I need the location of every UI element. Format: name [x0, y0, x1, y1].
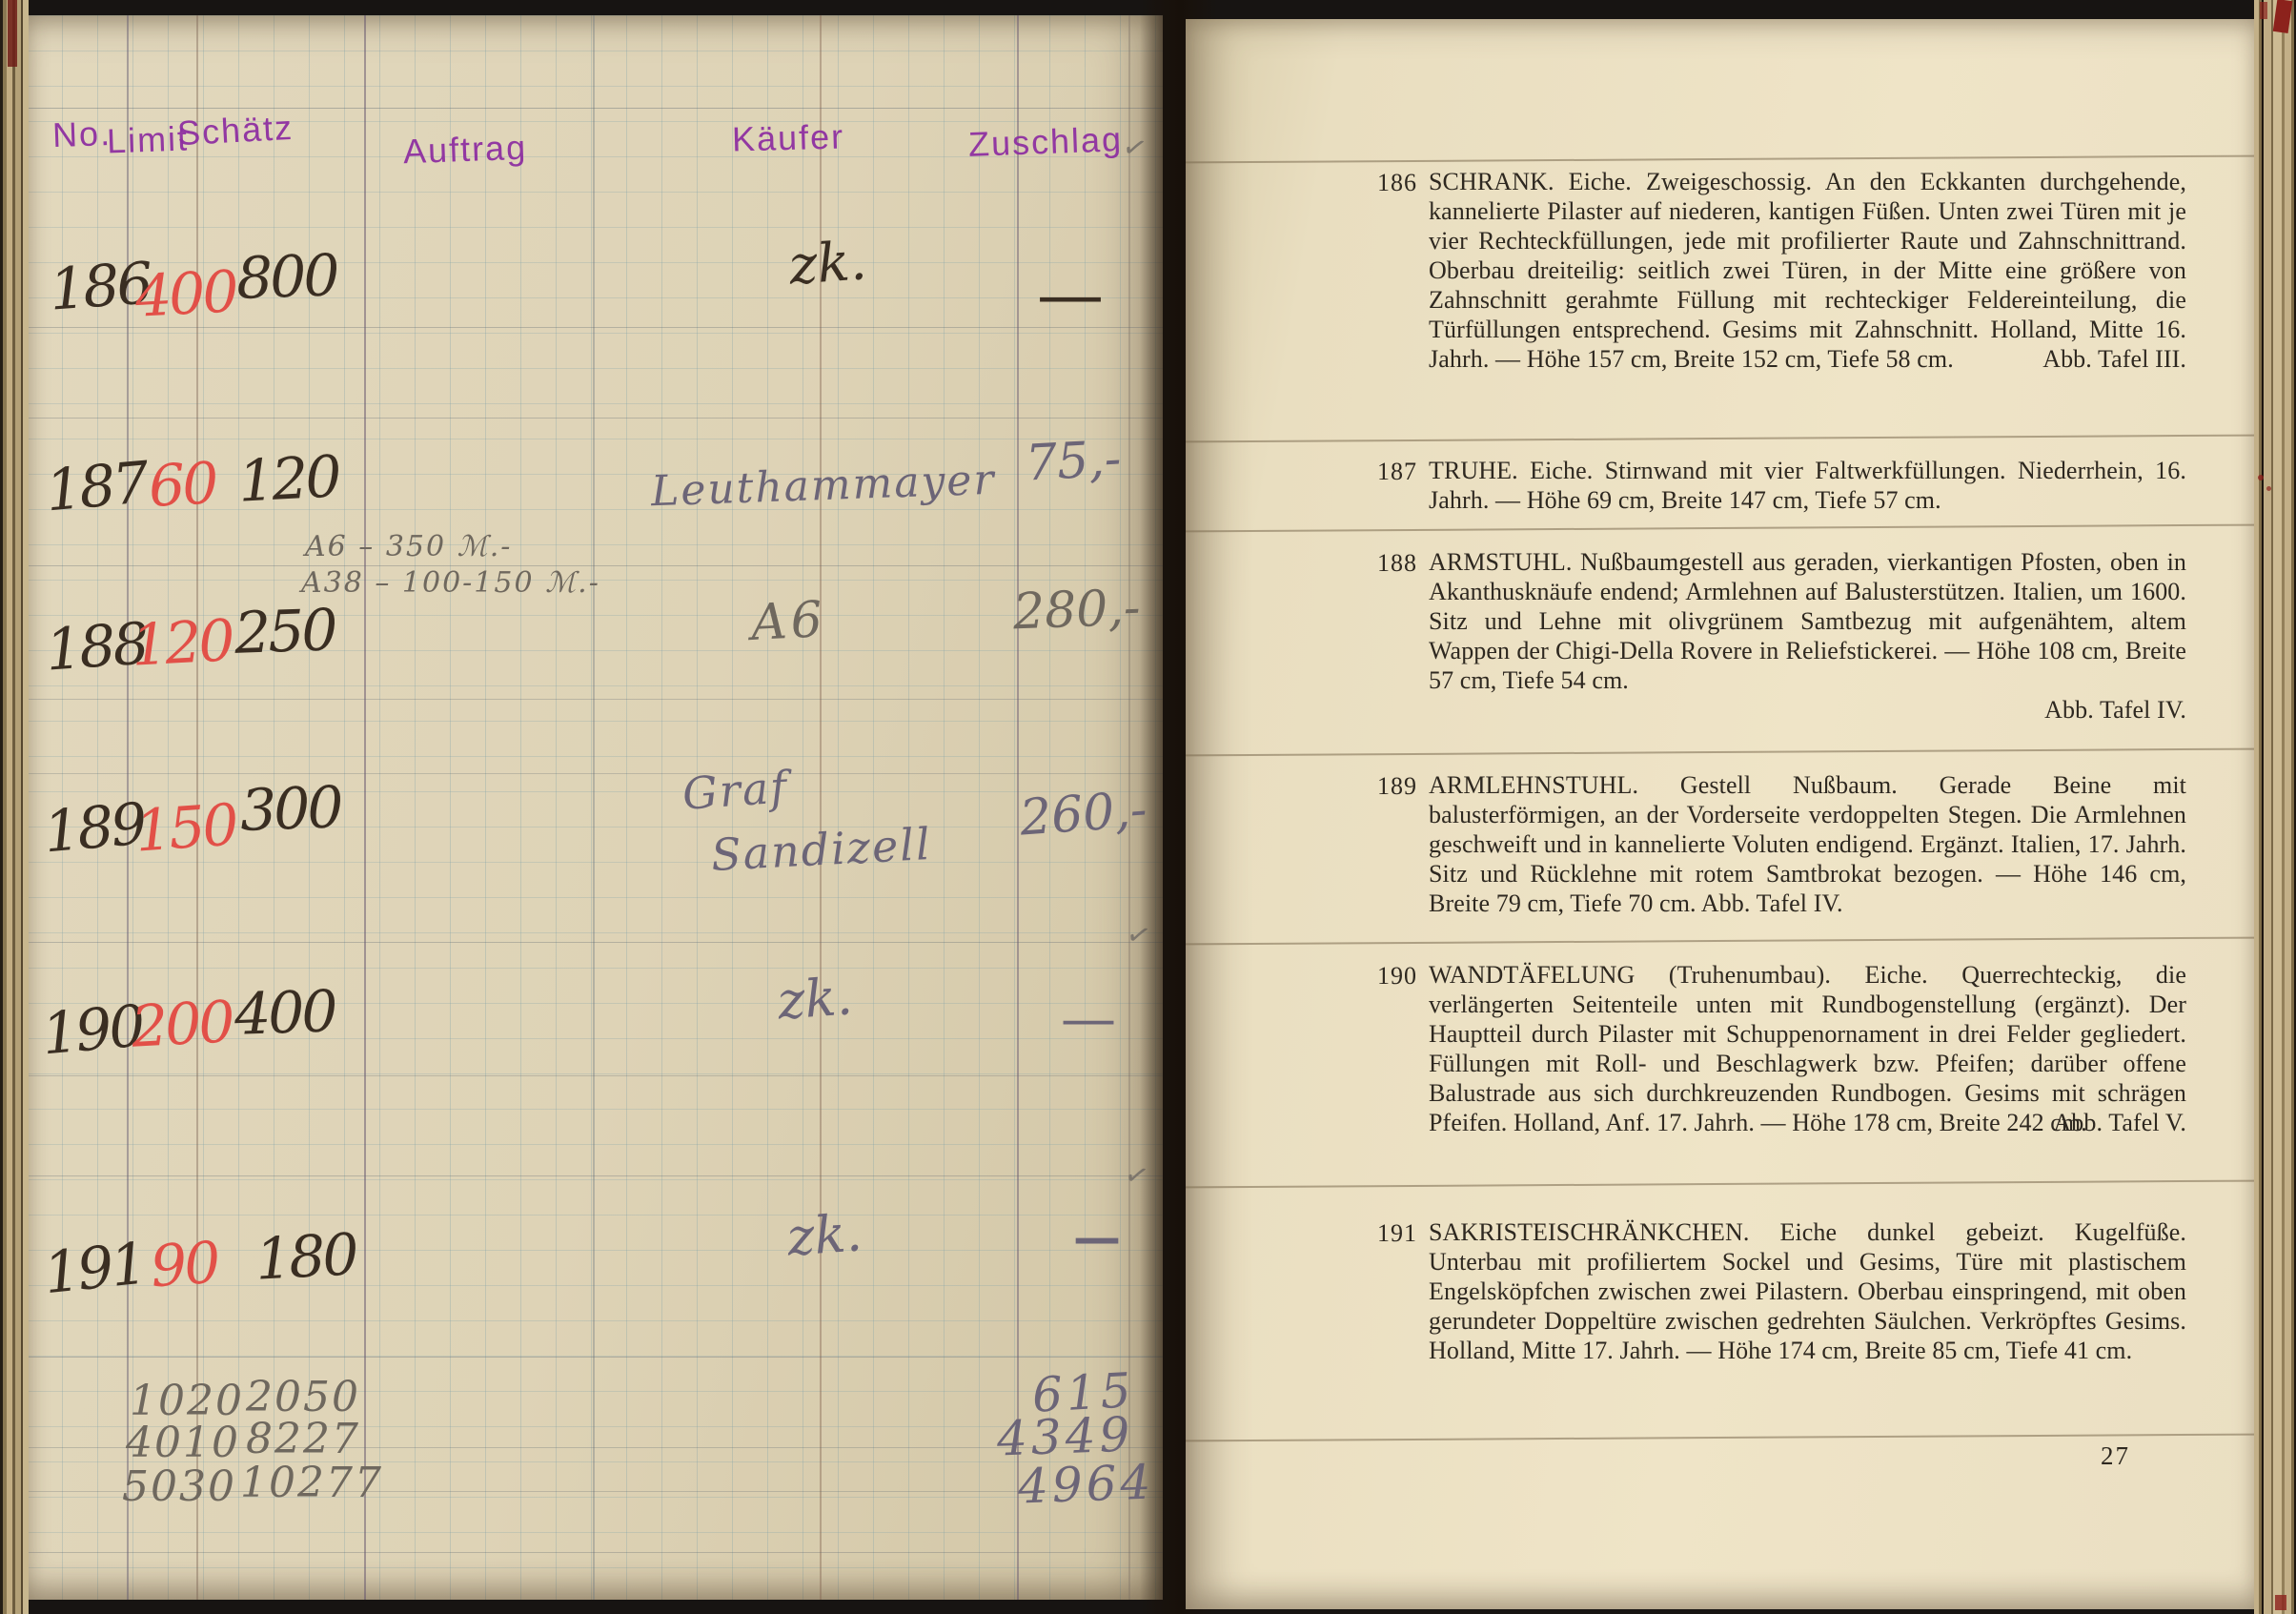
catalog-page: 186 SCHRANK. Eiche. Zweigeschossig. An d…: [1186, 19, 2255, 1609]
auftrag-note-2: A38 – 100-150 ℳ.-: [301, 566, 600, 600]
total-limit-2: 4010: [126, 1419, 240, 1467]
cell-schaetz-190: 400: [234, 978, 336, 1049]
ledger-page: No. Limit Schätz Auftrag Käufer Zuschlag…: [27, 15, 1163, 1600]
catalog-entry-189: 189 ARMLEHNSTUHL. Gestell Nußbaum. Gerad…: [1429, 770, 2186, 918]
entry-separator: [1186, 1434, 2255, 1442]
cell-no-191: 191: [41, 1231, 148, 1308]
red-ink-mark: [2258, 475, 2264, 480]
catalog-entry-186: 186 SCHRANK. Eiche. Zweigeschossig. An d…: [1429, 167, 2186, 374]
row-rule: [27, 1175, 1163, 1176]
cell-zuschlag-188: 280,-: [1012, 580, 1141, 642]
cell-no-187: 187: [43, 450, 149, 525]
cell-limit-187: 60: [147, 450, 217, 521]
cell-schaetz-188: 250: [234, 597, 336, 667]
entry-separator: [1186, 748, 2255, 757]
red-ink-mark: [2260, 2, 2267, 19]
cell-schaetz-187: 120: [236, 443, 340, 515]
entry-number: 189: [1377, 771, 1417, 801]
column-rule: [593, 15, 595, 1600]
catalog-entry-188: 188 ARMSTUHL. Nußbaumgestell aus geraden…: [1429, 547, 2186, 725]
header-schaetz: Schätz: [176, 108, 295, 153]
cell-limit-188: 120: [130, 607, 234, 679]
cell-kaeufer-186: zk.: [787, 230, 869, 297]
cell-limit-190: 200: [130, 989, 234, 1060]
header-kaeufer: Käufer: [731, 116, 844, 159]
row-rule: [27, 773, 1163, 774]
entry-separator: [1186, 1180, 2255, 1189]
total-schaetz-3: 10277: [240, 1459, 383, 1507]
catalog-entry-191: 191 SAKRISTEISCHRÄNKCHEN. Eiche dunkel g…: [1429, 1217, 2186, 1365]
header-auftrag: Auftrag: [402, 128, 527, 173]
total-zuschlag-3: 4964: [1017, 1455, 1155, 1515]
entry-separator: [1186, 435, 2255, 443]
red-ink-mark: [8, 0, 17, 67]
entry-text: ARMSTUHL. Nußbaumgestell aus geraden, vi…: [1429, 548, 2186, 694]
row-rule: [27, 1552, 1163, 1553]
cell-no-189: 189: [41, 791, 147, 867]
red-ink-mark: [2275, 1595, 2286, 1610]
entry-text: SCHRANK. Eiche. Zweigeschossig. An den E…: [1429, 168, 2186, 373]
cell-kaeufer-189: Graf: [681, 761, 790, 820]
cell-limit-191: 90: [149, 1230, 220, 1301]
entry-number: 191: [1377, 1218, 1417, 1248]
row-rule: [27, 108, 1163, 109]
total-schaetz-2: 8227: [246, 1415, 360, 1463]
total-limit-3: 5030: [122, 1462, 236, 1511]
plate-reference: Abb. Tafel V.: [2053, 1108, 2186, 1137]
cell-limit-189: 150: [133, 791, 238, 865]
red-ink-mark: [2266, 486, 2271, 491]
page-edge-stack-right: [2254, 0, 2296, 1614]
header-zuschlag: Zuschlag: [967, 119, 1123, 165]
cell-kaeufer-191: zk.: [785, 1202, 864, 1267]
entry-separator: [1186, 524, 2255, 533]
entry-text: ARMLEHNSTUHL. Gestell Nußbaum. Gerade Be…: [1429, 771, 2186, 917]
entry-number: 187: [1377, 457, 1417, 486]
column-rule: [364, 15, 366, 1600]
cell-limit-186: 400: [133, 258, 237, 330]
cell-no-190: 190: [39, 993, 145, 1069]
row-rule: [27, 699, 1163, 700]
cell-kaeufer-187: Leuthammayer: [650, 456, 996, 517]
row-rule: [27, 1075, 1163, 1076]
cell-zuschlag-187: 75,-: [1024, 430, 1122, 492]
header-no: No.: [51, 113, 112, 155]
catalog-entry-187: 187 TRUHE. Eiche. Stirnwand mit vier Fal…: [1429, 456, 2186, 515]
entry-separator: [1186, 155, 2255, 164]
cell-zuschlag-190: —: [1061, 986, 1116, 1051]
entry-text: TRUHE. Eiche. Stirnwand mit vier Faltwer…: [1429, 457, 2186, 514]
cell-schaetz-186: 800: [235, 242, 338, 313]
cell-schaetz-191: 180: [254, 1221, 357, 1293]
cell-kaeufer-190: zk.: [776, 966, 855, 1031]
cell-zuschlag-189: 260,-: [1018, 781, 1148, 847]
cell-kaeufer2-189: Sandizell: [710, 818, 933, 881]
entry-text: SAKRISTEISCHRÄNKCHEN. Eiche dunkel gebei…: [1429, 1218, 2186, 1364]
plate-reference: Abb. Tafel IV.: [1429, 695, 2186, 725]
row-rule: [27, 418, 1163, 419]
auction-ledger-book-scan: No. Limit Schätz Auftrag Käufer Zuschlag…: [0, 0, 2296, 1614]
cell-schaetz-189: 300: [239, 774, 342, 845]
entry-number: 190: [1377, 961, 1417, 991]
plate-reference: Abb. Tafel III.: [2042, 344, 2186, 374]
page-number: 27: [2101, 1441, 2130, 1471]
cell-kaeufer-188: A6: [749, 591, 827, 652]
row-rule: [27, 1357, 1163, 1358]
entry-number: 188: [1377, 548, 1417, 578]
entry-number: 186: [1377, 168, 1417, 197]
row-rule: [27, 942, 1163, 943]
cell-zuschlag-191: —: [1073, 1209, 1121, 1265]
entry-separator: [1186, 937, 2255, 946]
auftrag-note-1: A6 – 350 ℳ.-: [305, 530, 512, 563]
page-edge-stack-left: [0, 0, 29, 1614]
cell-zuschlag-186: —: [1037, 255, 1104, 334]
catalog-entry-190: 190 WANDTÄFELUNG (Truhenumbau). Eiche. Q…: [1429, 960, 2186, 1137]
